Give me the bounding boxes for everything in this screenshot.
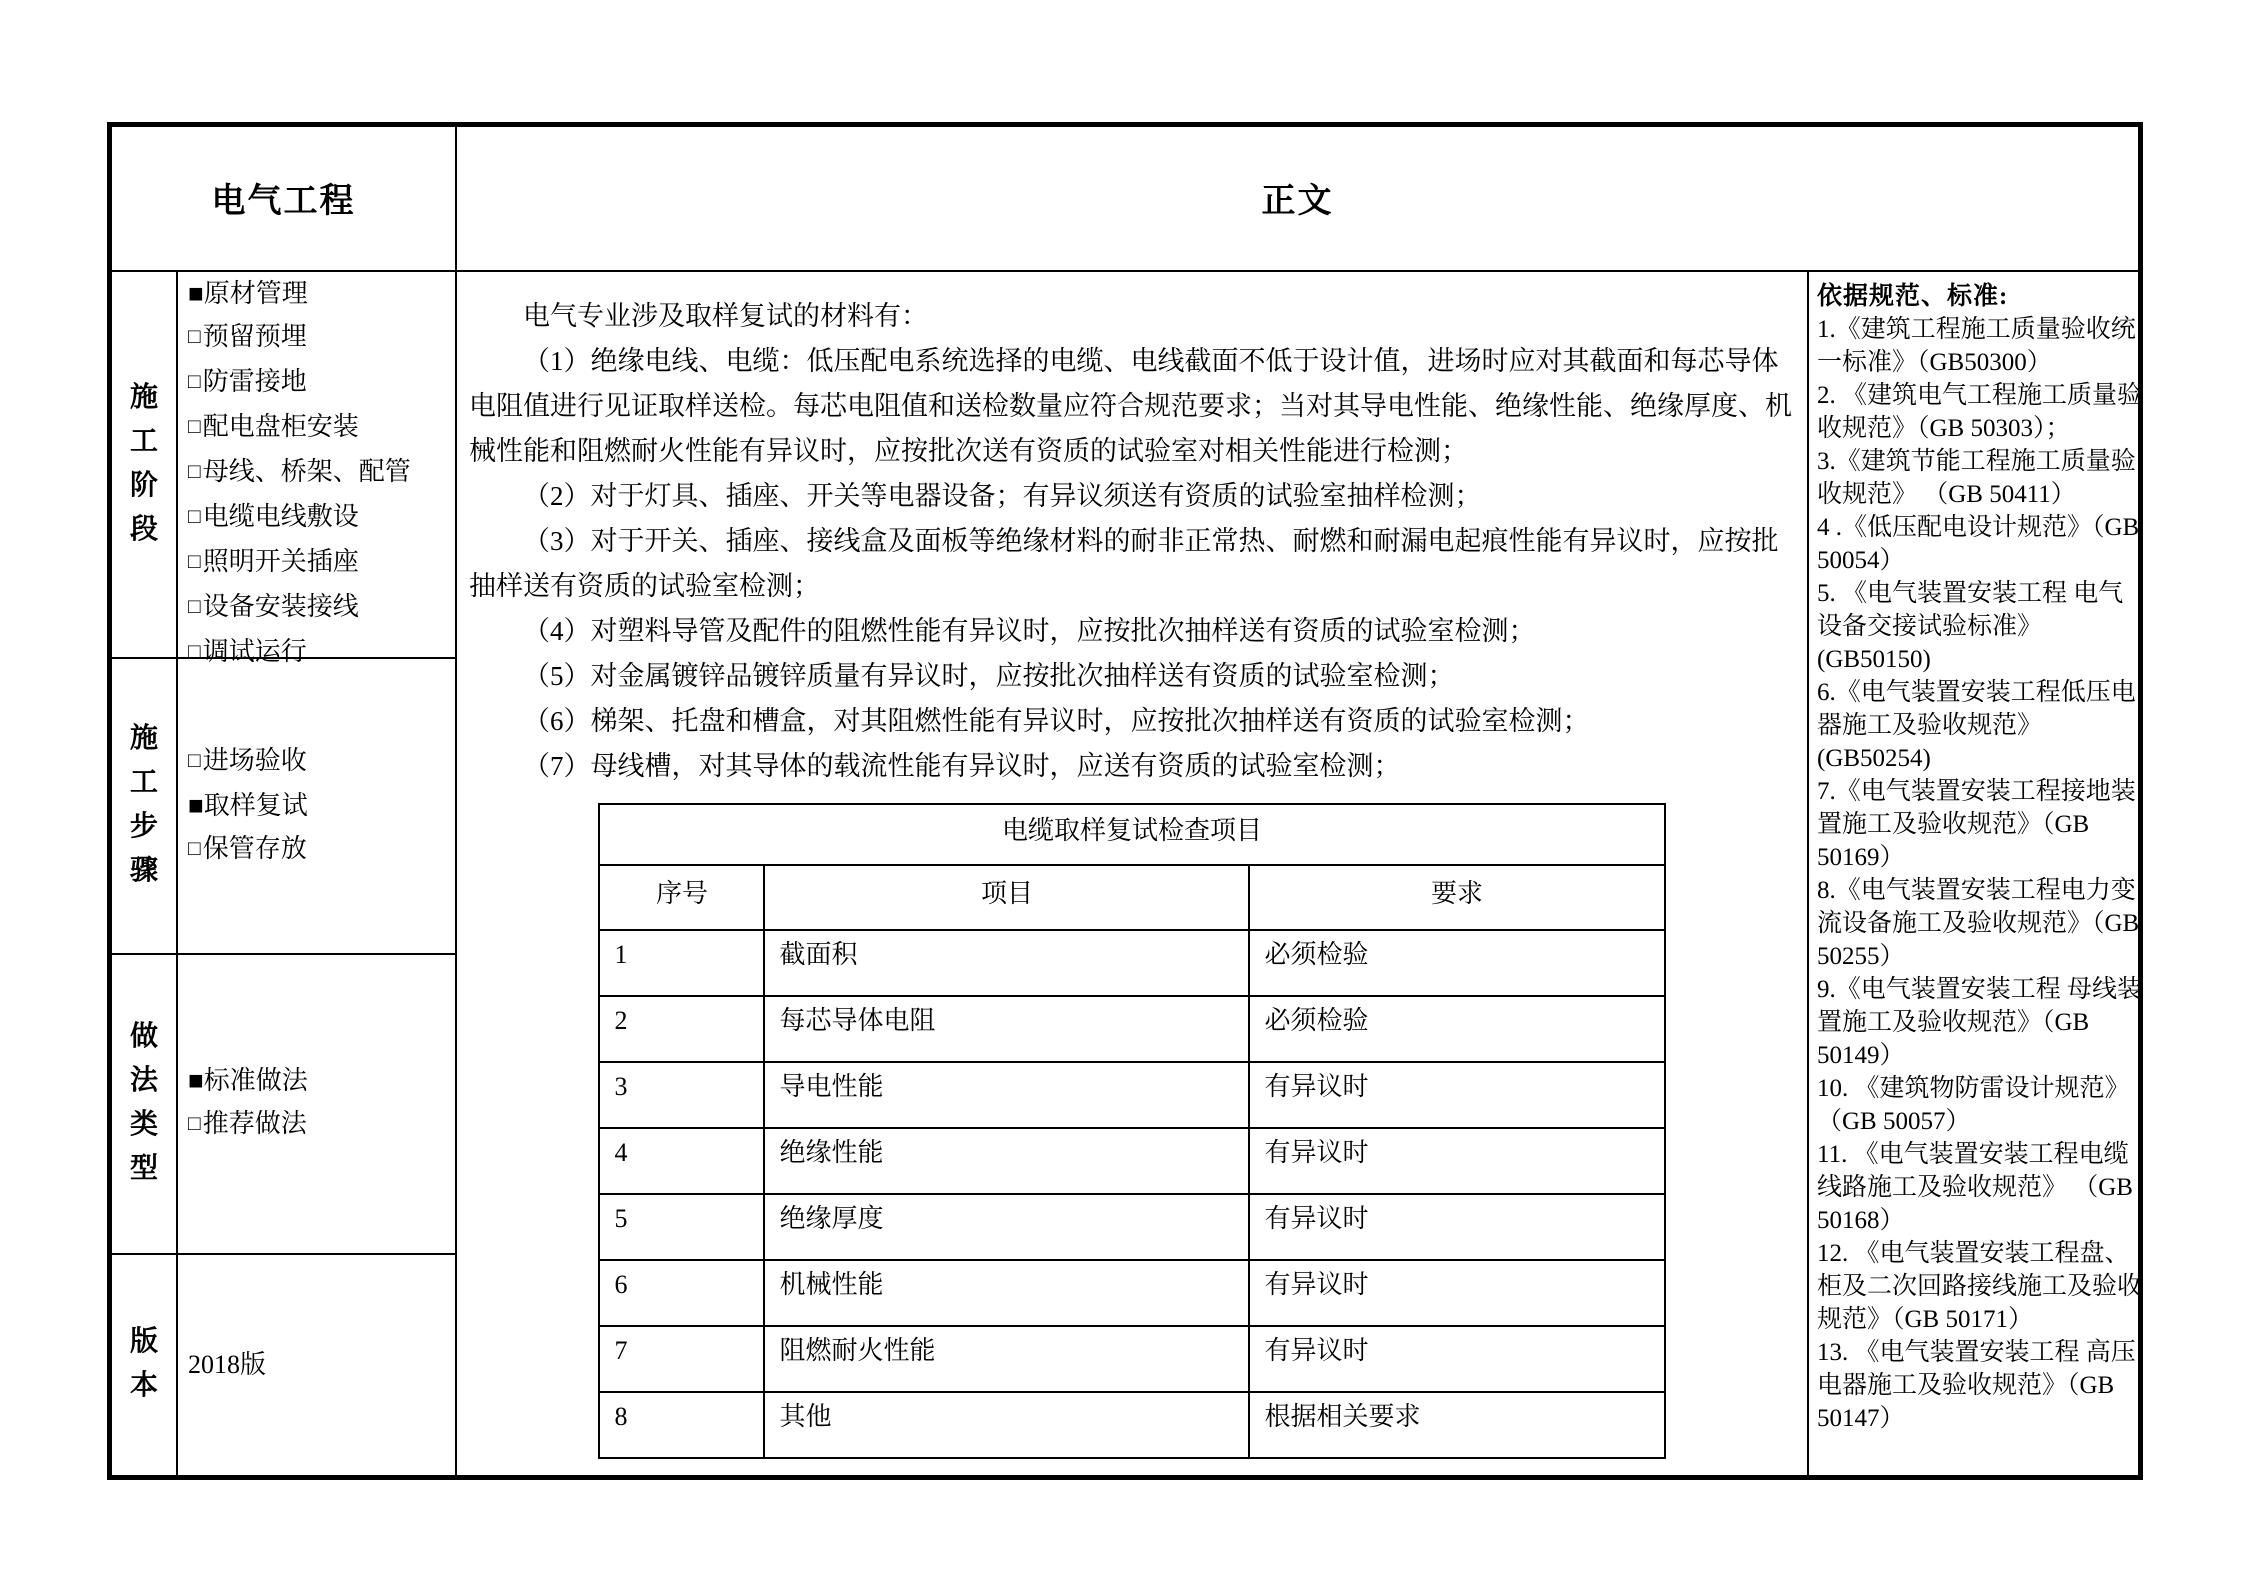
checklist-item: □配电盘柜安装 <box>188 405 455 450</box>
method-type-checklist: ■标准做法□推荐做法 <box>178 953 455 1253</box>
table-cell: 有异议时 <box>1249 1326 1664 1392</box>
table-cell: 每芯导体电阻 <box>764 996 1249 1062</box>
table-cell: 阻燃耐火性能 <box>764 1326 1249 1392</box>
checkbox-unchecked-icon: □ <box>188 827 201 870</box>
table-cell: 有异议时 <box>1249 1194 1664 1260</box>
checklist-item: □母线、桥架、配管 <box>188 450 455 495</box>
checkbox-unchecked-icon: □ <box>188 405 201 448</box>
table-cell: 有异议时 <box>1249 1062 1664 1128</box>
table-cell: 绝缘厚度 <box>764 1194 1249 1260</box>
paragraph: 电气专业涉及取样复试的材料有： <box>469 294 1795 339</box>
standard-item: 1.《建筑工程施工质量验收统一标准》（GB50300） <box>1817 313 2144 379</box>
checklist-item-label: 防雷接地 <box>203 367 307 396</box>
checklist-item-label: 原材管理 <box>204 279 308 308</box>
standard-item: 5. 《电气装置安装工程 电气设备交接试验标准》(GB50150) <box>1817 577 2144 676</box>
table-cell: 根据相关要求 <box>1249 1392 1664 1458</box>
checklist-item-label: 预留预埋 <box>203 322 307 351</box>
table-cell: 其他 <box>764 1392 1249 1458</box>
body-paragraphs: 电气专业涉及取样复试的材料有：（1）绝缘电线、电缆：低压配电系统选择的电缆、电线… <box>469 294 1795 789</box>
checklist-item: ■标准做法 <box>188 1059 455 1102</box>
checklist-item-label: 推荐做法 <box>203 1109 307 1138</box>
checklist-item: ■原材管理 <box>188 272 455 315</box>
table-cell: 4 <box>599 1128 764 1194</box>
standards-list: 1.《建筑工程施工质量验收统一标准》（GB50300）2. 《建筑电气工程施工质… <box>1817 313 2144 1435</box>
table-cell: 必须检验 <box>1249 996 1664 1062</box>
checkbox-unchecked-icon: □ <box>188 495 201 538</box>
standard-item: 6.《电气装置安装工程低压电器施工及验收规范》(GB50254) <box>1817 676 2144 775</box>
checkbox-unchecked-icon: □ <box>188 315 201 358</box>
checkbox-unchecked-icon: □ <box>188 360 201 403</box>
table-cell: 必须检验 <box>1249 930 1664 996</box>
checklist-item: □设备安装接线 <box>188 585 455 630</box>
table-row: 6机械性能有异议时 <box>599 1260 1664 1326</box>
table-cell: 机械性能 <box>764 1260 1249 1326</box>
checkbox-unchecked-icon: □ <box>188 540 201 583</box>
table-cell: 2 <box>599 996 764 1062</box>
standard-item: 7.《电气装置安装工程接地装置施工及验收规范》（GB 50169） <box>1817 775 2144 874</box>
standards-sidebar: 依据规范、标准: 1.《建筑工程施工质量验收统一标准》（GB50300）2. 《… <box>1809 272 2144 1475</box>
section-label-text: 做法类型 <box>128 1015 160 1191</box>
checklist-item: □防雷接地 <box>188 360 455 405</box>
standard-item: 2. 《建筑电气工程施工质量验收规范》（GB 50303）； <box>1817 379 2144 445</box>
standard-item: 12. 《电气装置安装工程盘、柜及二次回路接线施工及验收规范》（GB 50171… <box>1817 1237 2144 1336</box>
standard-item: 13. 《电气装置安装工程 高压电器施工及验收规范》（GB 50147） <box>1817 1336 2144 1435</box>
standard-item: 10. 《建筑物防雷设计规范》 （GB 50057） <box>1817 1072 2144 1138</box>
table-cell: 3 <box>599 1062 764 1128</box>
checklist-item: □推荐做法 <box>188 1102 455 1147</box>
paragraph: （2）对于灯具、插座、开关等电器设备；有异议须送有资质的试验室抽样检测； <box>469 474 1795 519</box>
section-label-version: 版本 <box>112 1253 176 1475</box>
checkbox-unchecked-icon: □ <box>188 739 201 782</box>
checklist-item: ■取样复试 <box>188 784 455 827</box>
checkbox-checked-icon: ■ <box>188 1059 204 1102</box>
table-cell: 绝缘性能 <box>764 1128 1249 1194</box>
table-row: 1截面积必须检验 <box>599 930 1664 996</box>
table-row: 2每芯导体电阻必须检验 <box>599 996 1664 1062</box>
construction-phase-checklist: ■原材管理□预留预埋□防雷接地□配电盘柜安装□母线、桥架、配管□电缆电线敷设□照… <box>178 270 455 657</box>
section-label-method-type: 做法类型 <box>112 953 176 1253</box>
checklist-item: □预留预埋 <box>188 315 455 360</box>
checklist-item-label: 母线、桥架、配管 <box>203 457 411 486</box>
column-header-item: 项目 <box>764 865 1249 930</box>
body-column-title: 正文 <box>457 127 2138 268</box>
checklist-item-label: 配电盘柜安装 <box>203 412 359 441</box>
checkbox-checked-icon: ■ <box>188 272 204 315</box>
checklist-item: □保管存放 <box>188 827 455 872</box>
paragraph: （3）对于开关、插座、接线盒及面板等绝缘材料的耐非正常热、耐燃和耐漏电起痕性能有… <box>469 519 1795 609</box>
table-cell: 1 <box>599 930 764 996</box>
document-frame: 电气工程 正文 施工阶段 施工步骤 做法类型 版本 ■原材管理□预留预埋□防雷接… <box>107 122 2143 1480</box>
construction-step-checklist: □进场验收■取样复试□保管存放 <box>178 657 455 953</box>
checkbox-unchecked-icon: □ <box>188 450 201 493</box>
version-value: 2018版 <box>178 1253 455 1475</box>
section-label-construction-step: 施工步骤 <box>112 657 176 953</box>
checklist-item-label: 进场验收 <box>203 746 307 775</box>
table-row: 3导电性能有异议时 <box>599 1062 1664 1128</box>
paragraph: （6）梯架、托盘和槽盒，对其阻燃性能有异议时，应按批次抽样送有资质的试验室检测； <box>469 699 1795 744</box>
table-header-row: 序号 项目 要求 <box>599 865 1664 930</box>
page-title: 电气工程 <box>112 127 455 268</box>
paragraph: （4）对塑料导管及配件的阻燃性能有异议时，应按批次抽样送有资质的试验室检测； <box>469 609 1795 654</box>
table-title: 电缆取样复试检查项目 <box>599 804 1664 865</box>
checklist-item-label: 标准做法 <box>204 1066 308 1095</box>
table-cell: 5 <box>599 1194 764 1260</box>
standard-item: 4 .《低压配电设计规范》（GB 50054） <box>1817 511 2144 577</box>
checklist-item: □进场验收 <box>188 739 455 784</box>
checklist-item: 2018版 <box>188 1343 455 1386</box>
table-row: 7阻燃耐火性能有异议时 <box>599 1326 1664 1392</box>
main-content: 电气专业涉及取样复试的材料有：（1）绝缘电线、电缆：低压配电系统选择的电缆、电线… <box>457 272 1807 1475</box>
column-header-serial: 序号 <box>599 865 764 930</box>
table-cell: 截面积 <box>764 930 1249 996</box>
standard-item: 11. 《电气装置安装工程电缆线路施工及验收规范》 （GB 50168） <box>1817 1138 2144 1237</box>
checklist-item-label: 设备安装接线 <box>203 592 359 621</box>
table-cell: 6 <box>599 1260 764 1326</box>
standard-item: 3.《建筑节能工程施工质量验收规范》 （GB 50411） <box>1817 445 2144 511</box>
table-row: 5绝缘厚度有异议时 <box>599 1194 1664 1260</box>
checklist-item: □电缆电线敷设 <box>188 495 455 540</box>
standard-item: 8.《电气装置安装工程电力变流设备施工及验收规范》（GB 50255） <box>1817 874 2144 973</box>
checklist-item-label: 取样复试 <box>204 791 308 820</box>
table-cell: 有异议时 <box>1249 1128 1664 1194</box>
standard-item: 9.《电气装置安装工程 母线装置施工及验收规范》（GB 50149） <box>1817 973 2144 1072</box>
checkbox-unchecked-icon: □ <box>188 1102 201 1145</box>
standards-title: 依据规范、标准: <box>1817 280 2144 313</box>
checklist-item-label: 电缆电线敷设 <box>203 502 359 531</box>
table-title-row: 电缆取样复试检查项目 <box>599 804 1664 865</box>
column-header-requirement: 要求 <box>1249 865 1664 930</box>
paragraph: （5）对金属镀锌品镀锌质量有异议时，应按批次抽样送有资质的试验室检测； <box>469 654 1795 699</box>
checkbox-unchecked-icon: □ <box>188 585 201 628</box>
section-label-text: 施工阶段 <box>128 376 160 552</box>
table-cell: 有异议时 <box>1249 1260 1664 1326</box>
section-label-text: 施工步骤 <box>128 717 160 893</box>
paragraph: （1）绝缘电线、电缆：低压配电系统选择的电缆、电线截面不低于设计值，进场时应对其… <box>469 339 1795 474</box>
table-cell: 7 <box>599 1326 764 1392</box>
checklist-item-label: 照明开关插座 <box>203 547 359 576</box>
table-cell: 8 <box>599 1392 764 1458</box>
table-row: 8其他根据相关要求 <box>599 1392 1664 1458</box>
table-row: 4绝缘性能有异议时 <box>599 1128 1664 1194</box>
section-label-construction-phase: 施工阶段 <box>112 270 176 657</box>
section-label-text: 版本 <box>128 1320 160 1408</box>
table-body: 1截面积必须检验2每芯导体电阻必须检验3导电性能有异议时4绝缘性能有异议时5绝缘… <box>599 930 1664 1458</box>
checkbox-checked-icon: ■ <box>188 784 204 827</box>
checklist-item-label: 保管存放 <box>203 834 307 863</box>
checklist-item: □照明开关插座 <box>188 540 455 585</box>
cable-recheck-table: 电缆取样复试检查项目 序号 项目 要求 1截面积必须检验2每芯导体电阻必须检验3… <box>598 803 1665 1459</box>
table-cell: 导电性能 <box>764 1062 1249 1128</box>
checklist-item-label: 2018版 <box>188 1350 266 1379</box>
paragraph: （7）母线槽，对其导体的载流性能有异议时，应送有资质的试验室检测； <box>469 744 1795 789</box>
